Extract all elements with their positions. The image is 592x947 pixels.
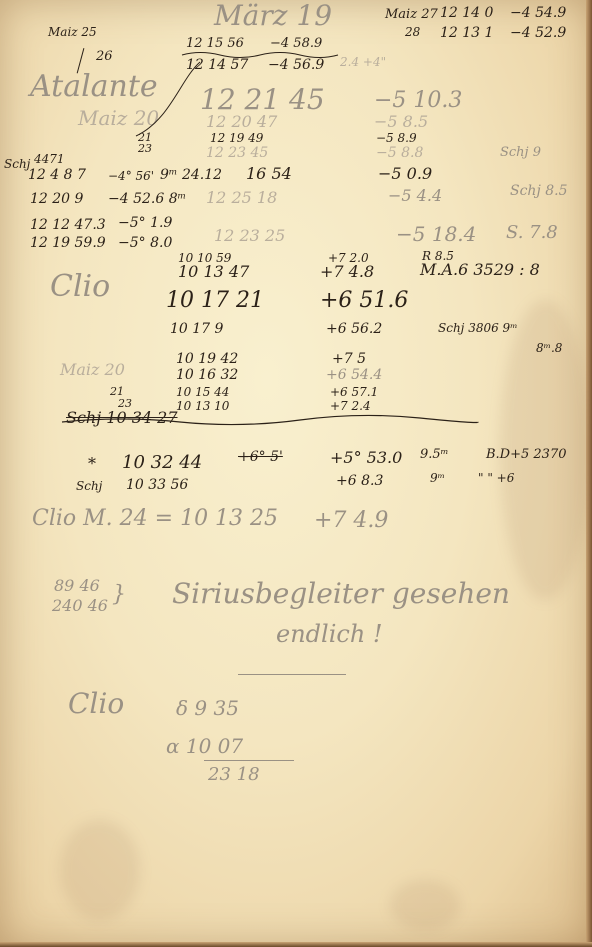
atalante-value-2: −4 56.9 (268, 58, 324, 72)
atalante-time-4: 12 20 47 (206, 114, 277, 130)
atalante-note-6: Schj 9 (500, 146, 541, 159)
schj-catalog: 4471 (34, 153, 65, 165)
atalante-time-1: 12 15 56 (186, 37, 244, 50)
side-mark-23: 23 (138, 143, 152, 154)
clio-note-4: Schj 3806 9ᵐ (438, 322, 518, 334)
remark-underline (238, 674, 346, 675)
atalante-value-5: −5 8.9 (376, 132, 417, 144)
star-mark: * (88, 456, 96, 472)
right-date-1: Maiz 27 (385, 8, 438, 21)
schj-note-2: Schj 8.5 (510, 184, 568, 198)
right-value-2: −4 52.9 (510, 26, 566, 40)
schj-right-2: −5 4.4 (388, 188, 442, 204)
star-time-1: 10 32 44 (122, 454, 202, 472)
clio-alpha: α 10 07 (166, 736, 243, 756)
clio-value-5: +7 5 (332, 352, 366, 366)
atalante-value-3: −5 10.3 (374, 90, 462, 112)
star-mag-1: 9.5ᵐ (420, 448, 449, 461)
clio-value-6: +6 54.4 (326, 368, 382, 382)
schj-extra-4: 12 23 25 (214, 228, 285, 244)
date-maiz-25: Maiz 25 (48, 26, 97, 38)
star-note-1: B.D+5 2370 (486, 448, 567, 461)
schj-note-4: S. 7.8 (506, 224, 558, 242)
atalante-value-1: −4 58.9 (270, 37, 322, 50)
clio-value-3: +6 51.6 (320, 290, 408, 312)
clio-time-8: 10 13 10 (176, 400, 229, 412)
brace: } (112, 584, 126, 606)
schj-time-1: 12 4 8 7 (28, 168, 86, 182)
stain (60, 820, 140, 920)
clio-summary-value: +7 4.9 (314, 510, 388, 532)
fingerprint-smudge (390, 880, 460, 930)
clio-sub-label: Maiz 20 (60, 362, 125, 378)
right-date-2: 28 (405, 26, 420, 38)
page-title-date: März 19 (214, 2, 332, 30)
schj-value-1: −4° 56' (108, 170, 154, 182)
clio-time-5: 10 19 42 (176, 352, 238, 366)
right-value-1: −4 54.9 (510, 6, 566, 20)
schj-time-4: 12 19 59.9 (30, 236, 106, 250)
schj-time-2: 12 20 9 (30, 192, 83, 206)
star-time-2: 10 33 56 (126, 478, 188, 492)
remark-number-2: 240 46 (52, 598, 108, 614)
atalante-time-5: 12 19 49 (210, 132, 263, 144)
schj-mag-1: 9ᵐ 24.12 (160, 168, 222, 182)
clio-coords-label: Clio (68, 690, 124, 718)
clio-note-2: M.A.6 3529 : 8 (420, 262, 540, 278)
clio-summary: Clio M. 24 = 10 13 25 (32, 508, 278, 530)
atalante-time-3: 12 21 45 (200, 86, 325, 114)
clio-time-2: 10 13 47 (178, 264, 249, 280)
clio-value-7: +6 57.1 (330, 386, 378, 398)
star-note-2: " " +6 (478, 472, 514, 484)
star-value-2: +6 8.3 (336, 474, 383, 488)
right-time-2: 12 13 1 (440, 26, 493, 40)
schj-extra-2: 12 25 18 (206, 190, 277, 206)
clio-time-7: 10 15 44 (176, 386, 229, 398)
schj-label: Schj (4, 158, 30, 170)
schj-value-2: −4 52.6 8ᵐ (108, 192, 186, 206)
atalante-note-2: 2.4 +4" (340, 56, 386, 68)
schj-right-4: −5 18.4 (396, 224, 476, 244)
atalante-value-4: −5 8.5 (374, 114, 428, 130)
date-26: 26 (96, 50, 113, 63)
atalante-value-6: −5 8.8 (376, 146, 423, 160)
notebook-page: Maiz 25 26 März 19 Maiz 27 12 14 0 −4 54… (0, 0, 592, 947)
remark-line-1: Siriusbegleiter gesehen (172, 580, 510, 608)
clio-value-8: +7 2.4 (330, 400, 371, 412)
schj-value-4: −5° 8.0 (118, 236, 172, 250)
schj-time-3: 12 12 47.3 (30, 218, 106, 232)
star-struck-1: +6° 5' (238, 450, 283, 464)
clio-time-4: 10 17 9 (170, 322, 223, 336)
schj-extra-1: 16 54 (246, 166, 292, 182)
clio-mark-21: 21 (110, 386, 124, 397)
clio-result: 23 18 (208, 766, 260, 784)
curve-mark (130, 60, 210, 140)
clio-label: Clio (50, 272, 110, 302)
page-edge-bottom (0, 942, 592, 947)
remark-number-1: 89 46 (54, 578, 100, 594)
schj-mark: Schj (76, 480, 102, 492)
star-mag-2: 9ᵐ (430, 472, 445, 484)
clio-value-2: +7 4.8 (320, 264, 374, 280)
schj-value-3: −5° 1.9 (118, 216, 172, 230)
clio-time-6: 10 16 32 (176, 368, 238, 382)
atalante-time-6: 12 23 45 (206, 146, 268, 160)
clio-delta: δ 9 35 (176, 698, 239, 718)
sum-line (204, 760, 294, 761)
clio-value-4: +6 56.2 (326, 322, 382, 336)
clio-note-5: 8ᵐ.8 (536, 342, 562, 354)
remark-line-2: endlich ! (276, 622, 383, 646)
star-value-1: +5° 53.0 (330, 450, 402, 466)
section-divider (60, 412, 480, 428)
schj-right-1: −5 0.9 (378, 166, 432, 182)
right-time-1: 12 14 0 (440, 6, 493, 20)
clio-time-3: 10 17 21 (166, 290, 264, 312)
